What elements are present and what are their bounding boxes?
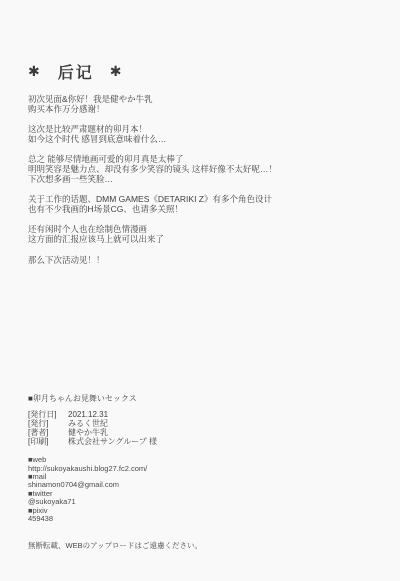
afterword-paragraph: 还有闲时个人也在绘制色情漫画 这方面的汇报应该马上就可以出来了 — [28, 225, 376, 244]
afterword-paragraph: 总之 能够尽情地画可爱的卯月真是太棒了 明明笑容是魅力点、却没有多少笑容的镜头 … — [28, 155, 376, 184]
afterword-title-row: ✱ 后记 ✱ — [28, 60, 376, 83]
afterword-paragraph: 关于工作的话题、DMM GAMES《DETARIKI Z》有多个角色设计 也有不… — [28, 195, 376, 214]
colophon-value: 2021.12.31 — [62, 410, 108, 419]
contact-value-twitter-handle: @sukoyaka71 — [28, 498, 376, 506]
afterword-paragraph: 这次是比较严肃题材的卯月本！ 如今这个时代 感冒到底意味着什么… — [28, 125, 376, 144]
text-line: 也有不少我画的H场景CG、也请多关照！ — [28, 205, 376, 215]
page-title: 后记 — [58, 60, 94, 83]
star-icon: ✱ — [110, 63, 124, 80]
text-line: 购买本作万分感谢！ — [28, 105, 376, 115]
colophon-value: みるく世紀 — [62, 419, 108, 428]
colophon-label: [印刷] — [28, 437, 62, 446]
contact-list: ■web http://sukoyakaushi.blog27.fc2.com/… — [28, 456, 376, 523]
text-line: 那么下次活动见！！ — [28, 256, 376, 266]
star-icon: ✱ — [28, 63, 42, 80]
contact-label: ■twitter — [28, 490, 376, 498]
text-line: 下次想多画一些笑脸… — [28, 175, 376, 185]
afterword-body: 初次见面&你好！我是健やか牛乳 购买本作万分感谢！ 这次是比较严肃题材的卯月本！… — [28, 95, 376, 265]
contact-value-pixiv-id: 459438 — [28, 515, 376, 523]
copyright-notice: 無断転載、WEBのアップロードはご遠慮ください。 — [28, 541, 376, 550]
colophon-label: [発行日] — [28, 410, 62, 419]
colophon-row: [著者] 健やか牛乳 — [28, 428, 376, 437]
afterword-page: ✱ 后记 ✱ 初次见面&你好！我是健やか牛乳 购买本作万分感谢！ 这次是比较严肃… — [0, 0, 400, 581]
text-line: 如今这个时代 感冒到底意味着什么… — [28, 135, 376, 145]
text-line: 这方面的汇报应该马上就可以出来了 — [28, 235, 376, 245]
colophon-row: [発行日] 2021.12.31 — [28, 410, 376, 419]
contact-label: ■pixiv — [28, 507, 376, 515]
blank-space — [28, 276, 376, 394]
contact-value-web-url: http://sukoyakaushi.blog27.fc2.com/ — [28, 465, 376, 473]
colophon-row: [印刷] 株式会社サングループ 様 — [28, 437, 376, 446]
colophon-label: [発行] — [28, 419, 62, 428]
afterword-paragraph: 初次见面&你好！我是健やか牛乳 购买本作万分感谢！ — [28, 95, 376, 114]
colophon-label: [著者] — [28, 428, 62, 437]
colophon-value: 健やか牛乳 — [62, 428, 108, 437]
colophon: ■卯月ちゃんお見舞いセックス [発行日] 2021.12.31 [発行] みるく… — [28, 394, 376, 550]
colophon-value: 株式会社サングループ 様 — [62, 437, 157, 446]
book-title: ■卯月ちゃんお見舞いセックス — [28, 394, 376, 403]
contact-value-mail-address: shinamon0704@gmail.com — [28, 481, 376, 489]
colophon-row: [発行] みるく世紀 — [28, 419, 376, 428]
afterword-paragraph: 那么下次活动见！！ — [28, 256, 376, 266]
